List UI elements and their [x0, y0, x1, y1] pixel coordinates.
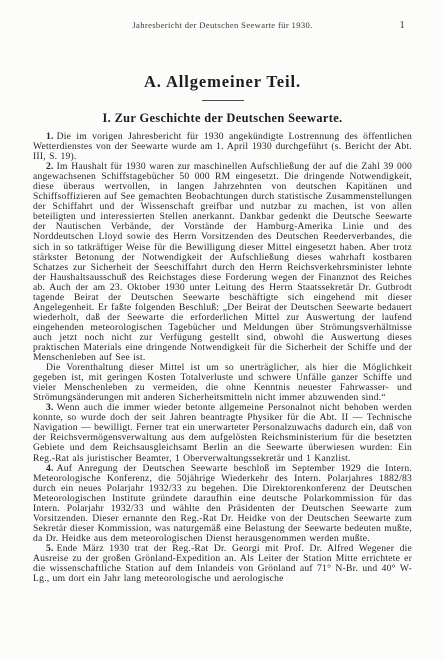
paragraph-text: Die Vorenthaltung dieser Mittel ist um s… — [33, 362, 412, 403]
paragraph-text: Im Haushalt für 1930 waren zur maschinel… — [33, 161, 412, 363]
paragraph: 1.Die im vorigen Jahresbericht für 1930 … — [33, 132, 412, 162]
page-title: A. Allgemeiner Teil. — [33, 72, 412, 92]
page-number: 1 — [400, 20, 405, 31]
section-heading: I. Zur Geschichte der Deutschen Seewarte… — [33, 111, 412, 126]
paragraph: 4.Auf Anregung der Deutschen Seewarte be… — [33, 464, 412, 544]
document-page: Jahresbericht der Deutschen Seewarte für… — [0, 0, 445, 660]
paragraph-text: Die im vorigen Jahresbericht für 1930 an… — [33, 131, 412, 162]
running-header-title: Jahresbericht der Deutschen Seewarte für… — [132, 20, 312, 30]
paragraph: 3.Wenn auch die immer wieder betonte all… — [33, 403, 412, 463]
paragraph-text: Ende März 1930 trat der Reg.-Rat Dr. Geo… — [33, 543, 412, 584]
running-header: Jahresbericht der Deutschen Seewarte für… — [33, 20, 412, 32]
paragraph-text: Auf Anregung der Deutschen Seewarte besc… — [33, 463, 412, 544]
paragraph: 2.Im Haushalt für 1930 waren zur maschin… — [33, 162, 412, 363]
title-divider — [202, 100, 244, 101]
paragraph: 5.Ende März 1930 trat der Reg.-Rat Dr. G… — [33, 544, 412, 584]
body-text: 1.Die im vorigen Jahresbericht für 1930 … — [33, 132, 412, 584]
paragraph-text: Wenn auch die immer wieder betonte allge… — [33, 402, 412, 463]
paragraph: Die Vorenthaltung dieser Mittel ist um s… — [33, 363, 412, 403]
